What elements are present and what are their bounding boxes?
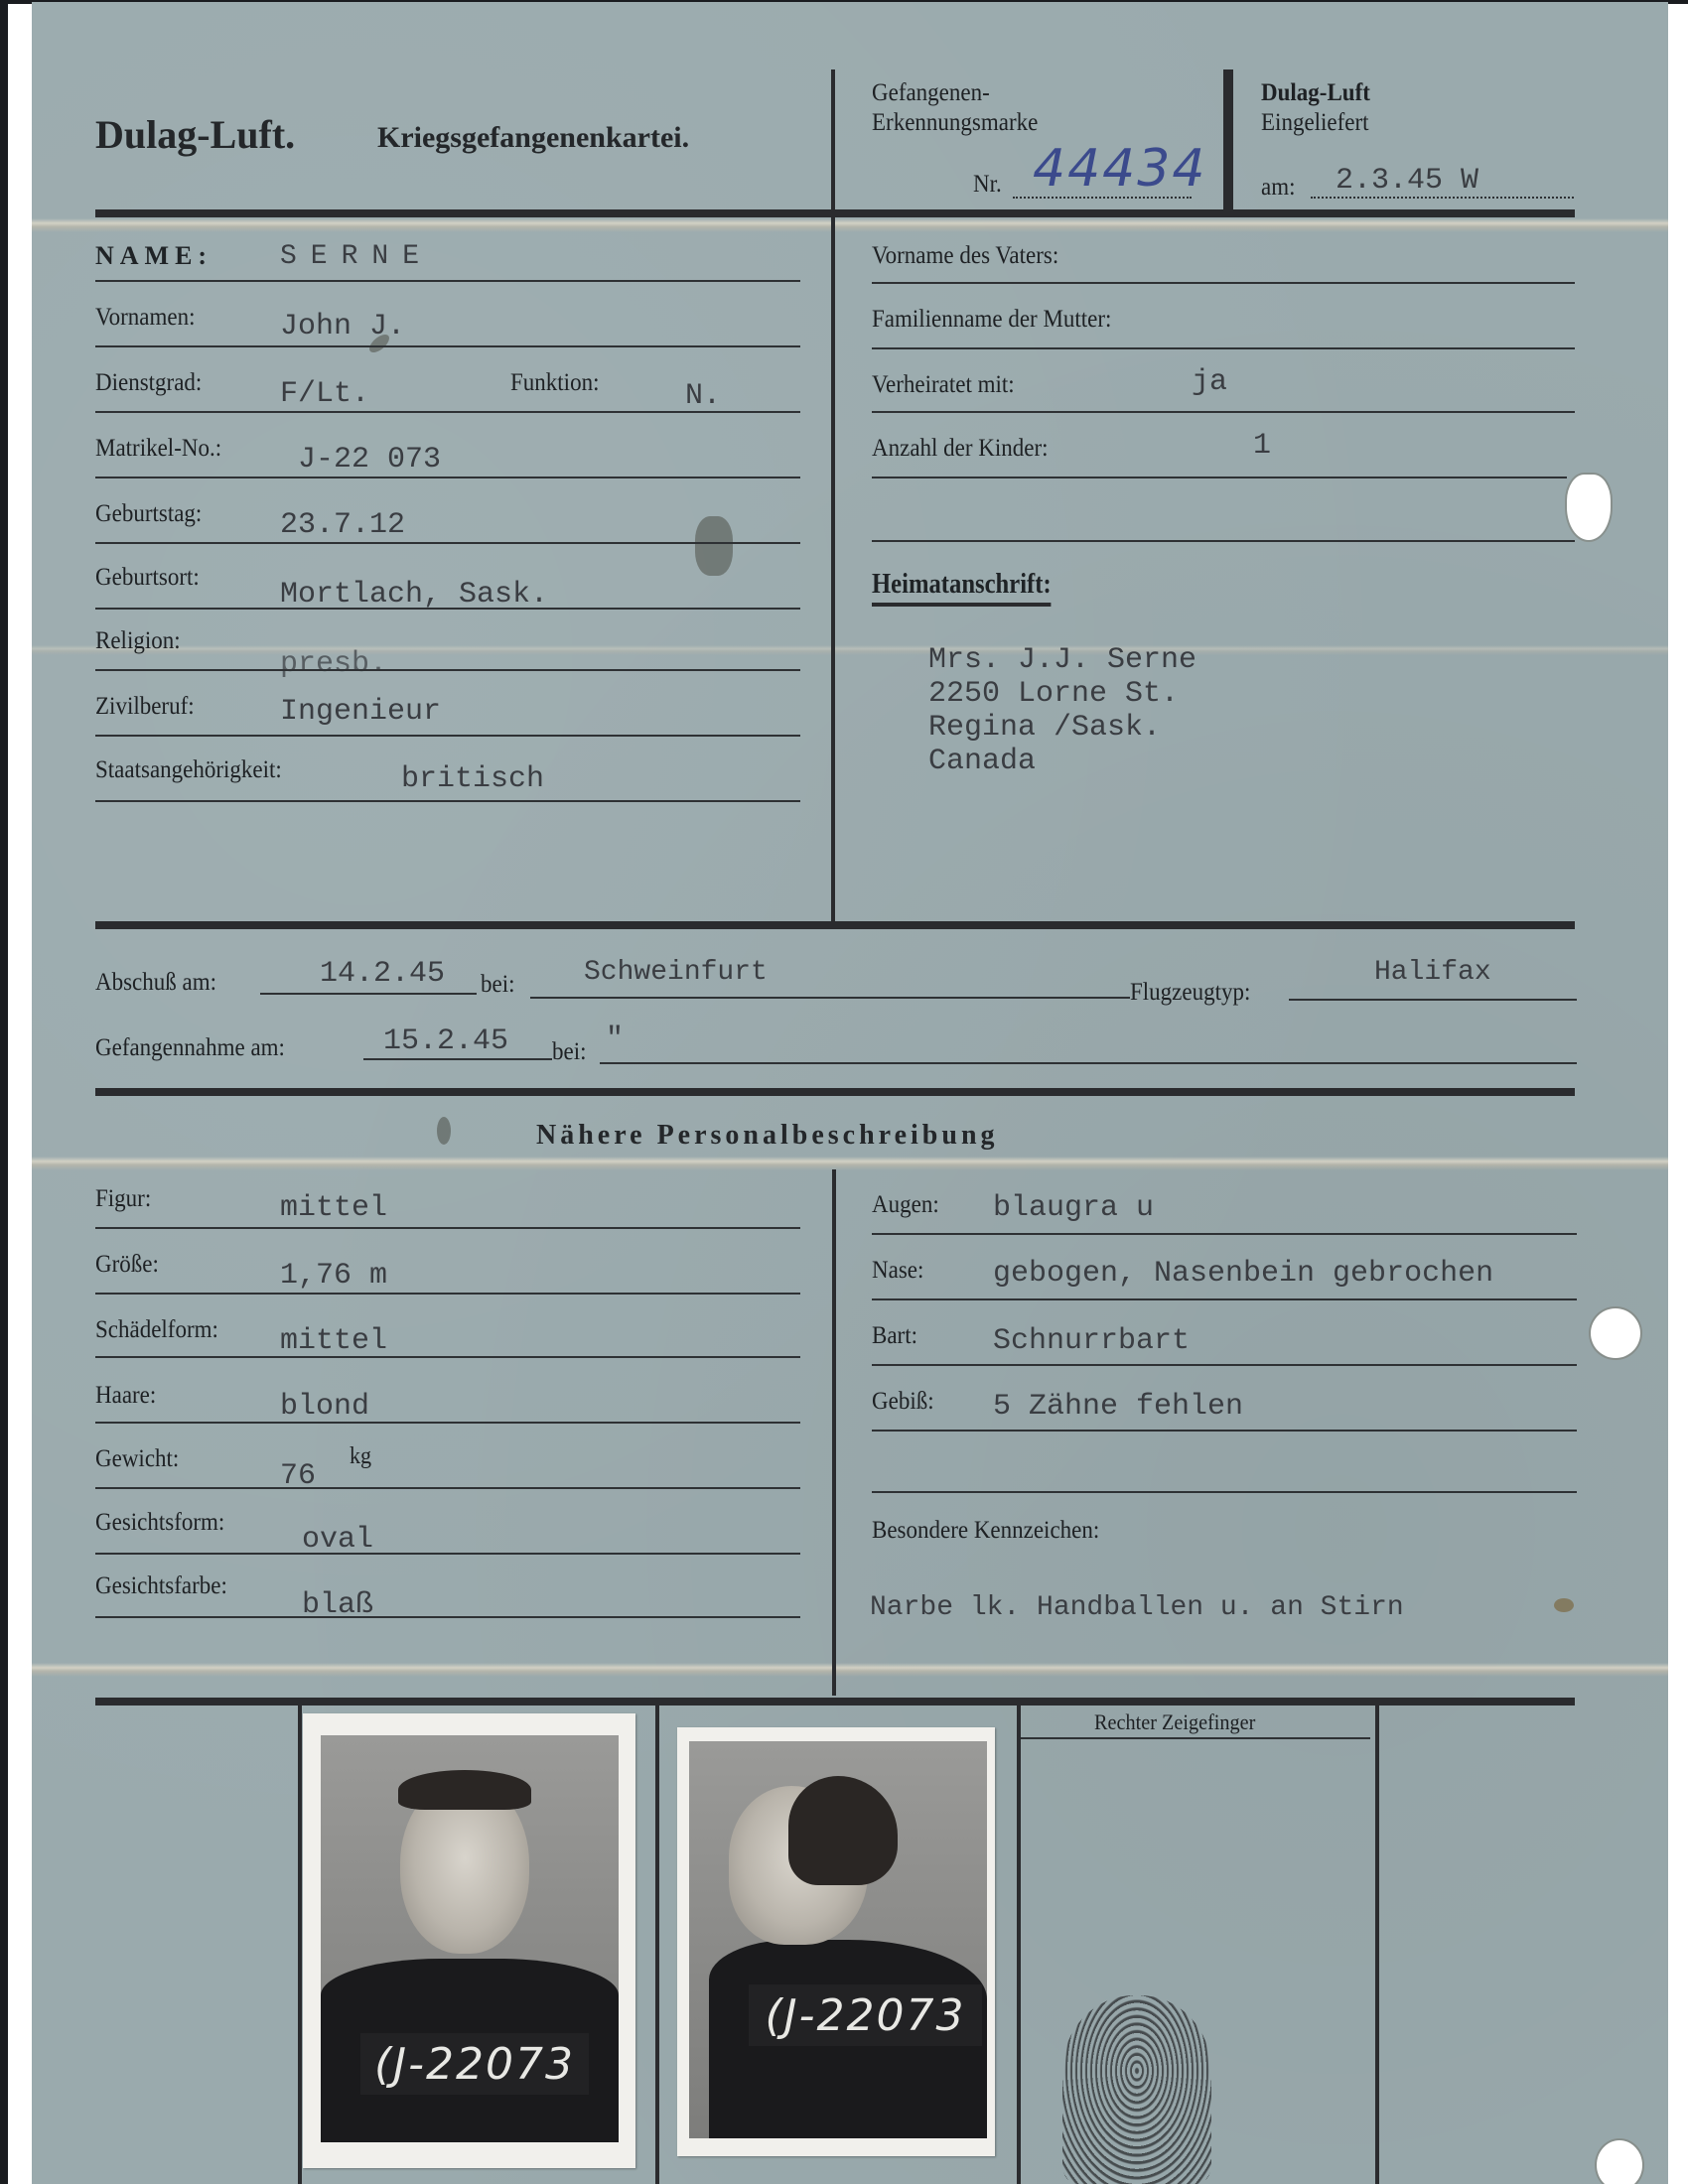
fingerprint-impression xyxy=(1062,1995,1211,2184)
column-divider xyxy=(831,69,835,923)
desc-value-teeth: 5 Zähne fehlen xyxy=(993,1390,1243,1424)
field-line xyxy=(260,993,477,995)
shot-down-label: Abschuß am: xyxy=(95,969,216,997)
punch-hole xyxy=(1567,475,1611,540)
field-line xyxy=(1289,999,1577,1001)
punch-hole xyxy=(1591,1308,1640,1358)
field-line xyxy=(95,1356,800,1358)
desc-value-height: 1,76 m xyxy=(280,1259,387,1293)
pow-tag-label: Erkennungsmarke xyxy=(872,109,1038,137)
field-line xyxy=(95,477,800,478)
pow-number: 44434 xyxy=(1033,139,1206,199)
shot-down-place-label: bei: xyxy=(481,971,515,999)
home-address-label: Heimatanschrift: xyxy=(872,569,1052,607)
field-line xyxy=(872,411,1575,413)
stain xyxy=(437,1117,451,1145)
arrival-date: 2.3.45 W xyxy=(1336,164,1478,198)
rank: F/Lt. xyxy=(280,377,369,411)
hair xyxy=(398,1770,531,1810)
fingerprint-label: Rechter Zeigefinger xyxy=(1094,1709,1255,1735)
description-section-title: Nähere Personalbeschreibung xyxy=(536,1120,999,1152)
field-line xyxy=(95,669,800,671)
captured-label: Gefangennahme am: xyxy=(95,1034,285,1062)
desc-value-face-shape: oval xyxy=(302,1523,373,1557)
field-line xyxy=(1021,1737,1370,1739)
desc-label-build: Figur: xyxy=(95,1185,151,1213)
field-line xyxy=(600,1062,1577,1064)
first-names: John J. xyxy=(280,310,405,343)
field-line xyxy=(95,542,800,544)
service-number: J-22 073 xyxy=(298,443,441,477)
card-title: Dulag-Luft. xyxy=(95,111,295,158)
field-line xyxy=(872,1430,1577,1432)
field-line xyxy=(872,1491,1577,1493)
desc-value-skull: mittel xyxy=(280,1324,387,1358)
field-line xyxy=(95,608,800,610)
desc-label-nose: Nase: xyxy=(872,1257,923,1285)
field-line xyxy=(95,800,800,802)
home-address: Mrs. J.J. Serne 2250 Lorne St. Regina /S… xyxy=(928,643,1196,778)
captured-place: " xyxy=(606,1023,624,1056)
field-line xyxy=(872,540,1575,542)
birthdate-label: Geburtstag: xyxy=(95,500,202,528)
desc-label-weight: Gewicht: xyxy=(95,1445,179,1473)
service-number-label: Matrikel-No.: xyxy=(95,435,221,463)
field-line xyxy=(872,1364,1577,1366)
married: ja xyxy=(1192,365,1227,399)
card-subtitle: Kriegsgefangenenkartei. xyxy=(377,121,689,155)
fold-crease xyxy=(32,1663,1668,1677)
desc-value-eyes: blaugra u xyxy=(993,1191,1154,1225)
desc-value-nose: gebogen, Nasenbein gebrochen xyxy=(993,1257,1493,1291)
photo-frame-divider xyxy=(298,1704,302,2184)
function: N. xyxy=(685,379,721,413)
surname: SERNE xyxy=(280,241,433,272)
birthdate: 23.7.12 xyxy=(280,508,405,542)
desc-label-eyes: Augen: xyxy=(872,1191,939,1219)
fold-crease xyxy=(32,645,1668,655)
photo-frame-divider xyxy=(1017,1704,1021,2184)
religion-label: Religion: xyxy=(95,627,181,655)
desc-value-build: mittel xyxy=(280,1191,387,1225)
desc-value-beard: Schnurrbart xyxy=(993,1324,1190,1358)
header-divider xyxy=(1223,69,1233,213)
shot-down-date: 14.2.45 xyxy=(320,957,445,991)
first-names-label: Vornamen: xyxy=(95,304,196,332)
section-rule xyxy=(95,1698,1575,1706)
field-line xyxy=(872,347,1575,349)
desc-value-hair: blond xyxy=(280,1390,369,1424)
birthplace: Mortlach, Sask. xyxy=(280,578,548,612)
section-rule xyxy=(95,921,1575,929)
desc-label-teeth: Gebiß: xyxy=(872,1388,934,1416)
birthplace-label: Geburtsort: xyxy=(95,564,200,592)
arrival-label: Eingeliefert xyxy=(1261,109,1369,137)
field-line xyxy=(95,1616,800,1618)
married-label: Verheiratet mit: xyxy=(872,371,1015,399)
father-name-label: Vorname des Vaters: xyxy=(872,242,1058,270)
field-line xyxy=(95,1227,800,1229)
field-line xyxy=(363,1058,552,1060)
fold-crease xyxy=(32,218,1668,232)
address-line: 2250 Lorne St. xyxy=(928,677,1196,711)
front-photo: (J-22073 xyxy=(303,1713,635,2168)
captured-date: 15.2.45 xyxy=(383,1024,508,1058)
rank-label: Dienstgrad: xyxy=(95,369,202,397)
desc-label-height: Größe: xyxy=(95,1251,159,1279)
occupation-label: Zivilberuf: xyxy=(95,693,195,721)
photo-frame-divider xyxy=(655,1704,659,2184)
aircraft-type: Halifax xyxy=(1374,957,1491,988)
mother-name-label: Familienname der Mutter: xyxy=(872,306,1111,334)
aircraft-type-label: Flugzeugtyp: xyxy=(1130,979,1250,1007)
field-line xyxy=(95,345,800,347)
fold-crease xyxy=(32,1157,1668,1170)
desc-label-beard: Bart: xyxy=(872,1322,917,1350)
photo-frame-divider xyxy=(1375,1704,1379,2184)
special-marks-label: Besondere Kennzeichen: xyxy=(872,1517,1099,1545)
field-line xyxy=(872,1298,1577,1300)
desc-label-face-shape: Gesichtsform: xyxy=(95,1509,224,1537)
religion: presb. xyxy=(280,647,387,681)
address-line: Regina /Sask. xyxy=(928,711,1196,745)
arrival-date-label: am: xyxy=(1261,174,1296,202)
arrival-label: Dulag-Luft xyxy=(1261,79,1370,107)
captured-place-label: bei: xyxy=(552,1038,587,1066)
special-marks: Narbe lk. Handballen u. an Stirn xyxy=(870,1592,1404,1623)
stain xyxy=(695,516,733,576)
field-line xyxy=(95,1422,800,1424)
field-line xyxy=(530,997,1130,999)
field-line xyxy=(95,1293,800,1295)
address-line: Canada xyxy=(928,745,1196,778)
field-line xyxy=(872,477,1567,478)
shot-down-place: Schweinfurt xyxy=(584,957,768,988)
field-line xyxy=(95,735,800,737)
nationality-label: Staatsangehörigkeit: xyxy=(95,756,282,784)
children-label: Anzahl der Kinder: xyxy=(872,435,1049,463)
desc-label-complexion: Gesichtsfarbe: xyxy=(95,1572,227,1600)
pow-number-label: Nr. xyxy=(973,171,1002,199)
punch-hole xyxy=(1597,2140,1642,2184)
name-label: NAME: xyxy=(95,241,212,271)
id-slate: (J-22073 xyxy=(749,1984,982,2046)
column-divider xyxy=(832,1169,836,1696)
pow-tag-label: Gefangenen- xyxy=(872,79,990,107)
field-line xyxy=(95,280,800,282)
children-count: 1 xyxy=(1253,429,1271,463)
field-line xyxy=(95,1553,800,1555)
function-label: Funktion: xyxy=(510,369,599,397)
field-line xyxy=(872,1233,1577,1235)
profile-photo: (J-22073 xyxy=(677,1727,995,2156)
occupation: Ingenieur xyxy=(280,695,441,729)
desc-weight-unit: kg xyxy=(350,1443,371,1470)
address-line: Mrs. J.J. Serne xyxy=(928,643,1196,677)
field-line xyxy=(95,411,800,413)
desc-label-hair: Haare: xyxy=(95,1382,156,1410)
nationality: britisch xyxy=(401,762,544,796)
scan-edge xyxy=(0,0,8,2184)
header-rule xyxy=(95,209,1575,217)
desc-label-skull: Schädelform: xyxy=(95,1316,218,1344)
stain xyxy=(1554,1598,1574,1612)
section-rule xyxy=(95,1088,1575,1096)
field-line xyxy=(872,282,1575,284)
id-slate: (J-22073 xyxy=(360,2033,589,2095)
field-line xyxy=(95,1487,800,1489)
